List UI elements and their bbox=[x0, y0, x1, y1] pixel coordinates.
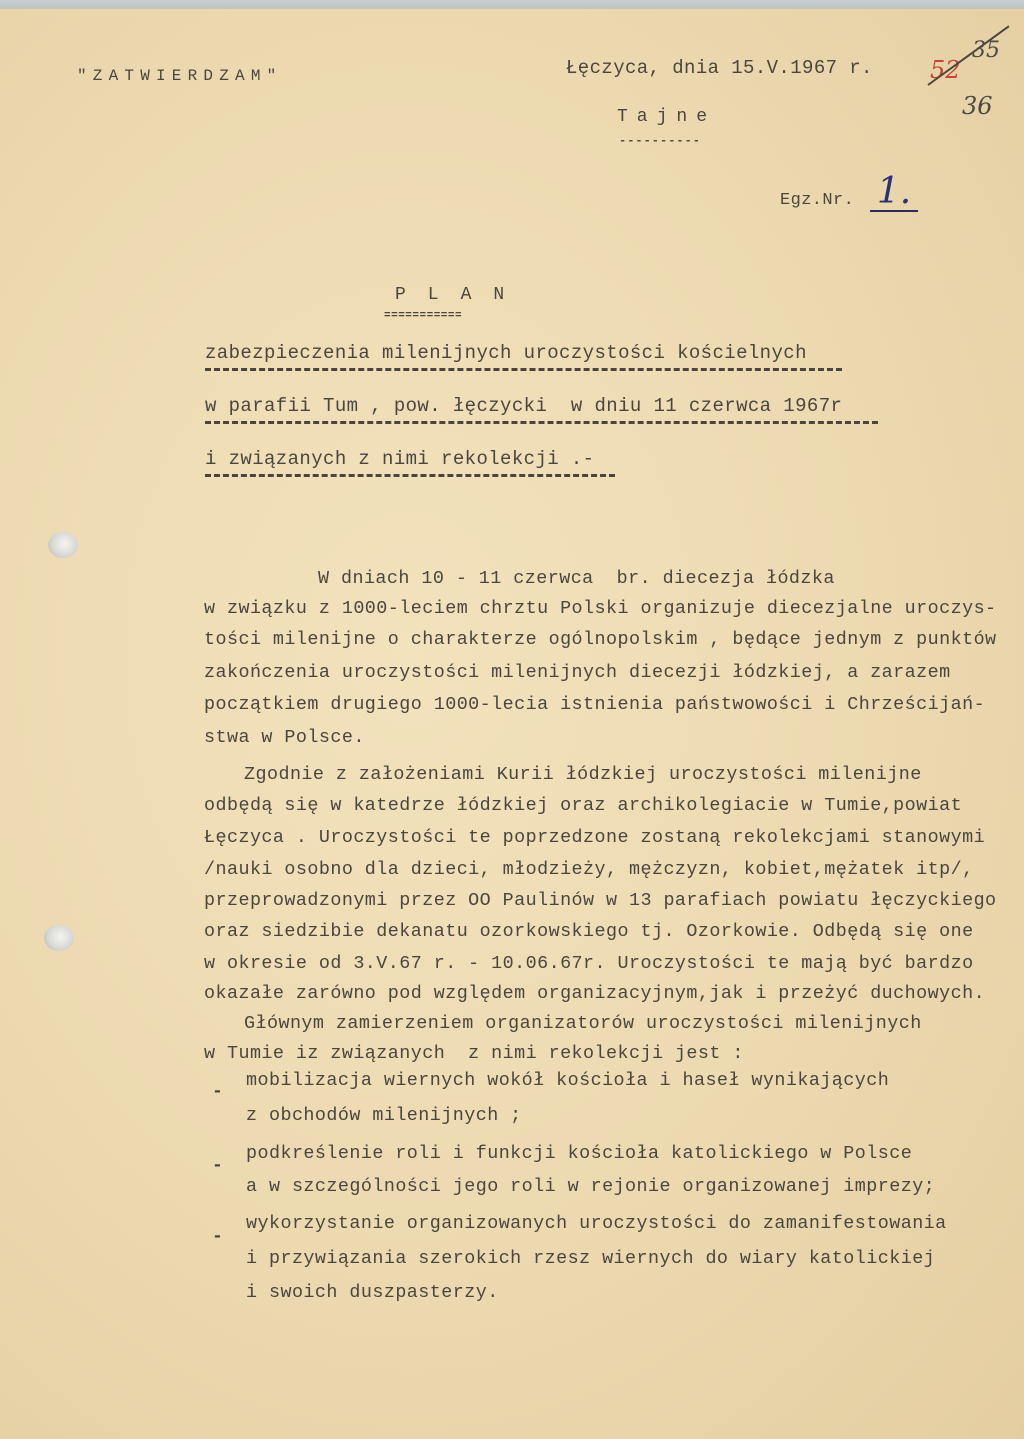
paragraph-line: zakończenia uroczystości milenijnych die… bbox=[204, 664, 951, 682]
paragraph-line: w Tumie iz związanych z nimi rekolekcji … bbox=[204, 1045, 744, 1063]
paragraph-line: oraz siedzibie dekanatu ozorkowskiego tj… bbox=[204, 923, 974, 941]
paragraph-line: Głównym zamierzeniem organizatorów urocz… bbox=[244, 1015, 922, 1033]
paragraph-line: w związku z 1000-leciem chrztu Polski or… bbox=[204, 600, 997, 618]
document-title: PLAN bbox=[395, 286, 526, 304]
paragraph-line: początkiem drugiego 1000-lecia istnienia… bbox=[204, 696, 985, 714]
paragraph-line: W dniach 10 - 11 czerwca br. diecezja łó… bbox=[318, 570, 835, 588]
copy-label: Egz.Nr. bbox=[780, 192, 854, 209]
bullet-marker: - bbox=[212, 1157, 223, 1175]
goal-line: podkreślenie roli i funkcji kościoła kat… bbox=[246, 1145, 912, 1163]
subtitle-line: zabezpieczenia milenijnych uroczystości … bbox=[205, 344, 807, 363]
approval-stamp: "ZATWIERDZAM" bbox=[77, 68, 282, 84]
subtitle-line: i związanych z nimi rekolekcji .- bbox=[205, 450, 594, 469]
goal-line: mobilizacja wiernych wokół kościoła i ha… bbox=[246, 1072, 889, 1090]
subtitle-underline bbox=[205, 421, 878, 424]
paragraph-line: Zgodnie z założeniami Kurii łódzkiej uro… bbox=[244, 766, 922, 784]
goal-line: i przywiązania szerokich rzesz wiernych … bbox=[246, 1250, 935, 1268]
copy-number-handwritten: 1. bbox=[870, 174, 918, 212]
paragraph-line: okazałe zarówno pod względem organizacyj… bbox=[204, 985, 985, 1003]
subtitle-line: w parafii Tum , pow. łęczycki w dniu 11 … bbox=[205, 397, 842, 416]
bullet-marker: - bbox=[212, 1228, 223, 1246]
paragraph-line: Łęczyca . Uroczystości te poprzedzone zo… bbox=[204, 829, 985, 847]
subtitle-underline bbox=[205, 474, 615, 477]
paragraph-line: w okresie od 3.V.67 r. - 10.06.67r. Uroc… bbox=[204, 955, 974, 973]
paragraph-line: przeprowadzonymi przez OO Paulinów w 13 … bbox=[204, 892, 997, 910]
punch-hole bbox=[44, 925, 74, 951]
page-number-corrected: 35 bbox=[972, 38, 1000, 63]
paragraph-line: odbędą się w katedrze łódzkiej oraz arch… bbox=[204, 797, 962, 815]
subtitle-underline bbox=[205, 368, 842, 371]
paragraph-line: stwa w Polsce. bbox=[204, 729, 365, 747]
punch-hole bbox=[48, 532, 78, 558]
bullet-marker: - bbox=[212, 1083, 223, 1101]
goal-line: a w szczególności jego roli w rejonie or… bbox=[246, 1178, 935, 1196]
classification-label: Tajne bbox=[617, 108, 716, 126]
paragraph-line: tości milenijne o charakterze ogólnopols… bbox=[204, 631, 997, 649]
classification-underline: ---------- bbox=[619, 135, 701, 147]
goal-line: wykorzystanie organizowanych uroczystośc… bbox=[246, 1215, 947, 1233]
goal-line: z obchodów milenijnych ; bbox=[246, 1107, 522, 1125]
page-number-current: 36 bbox=[962, 92, 993, 120]
paragraph-line: /nauki osobno dla dzieci, młodzieży, męż… bbox=[204, 861, 974, 879]
goal-line: i swoich duszpasterzy. bbox=[246, 1284, 499, 1302]
title-underline: =========== bbox=[384, 311, 462, 322]
place-date: Łęczyca, dnia 15.V.1967 r. bbox=[566, 59, 873, 78]
